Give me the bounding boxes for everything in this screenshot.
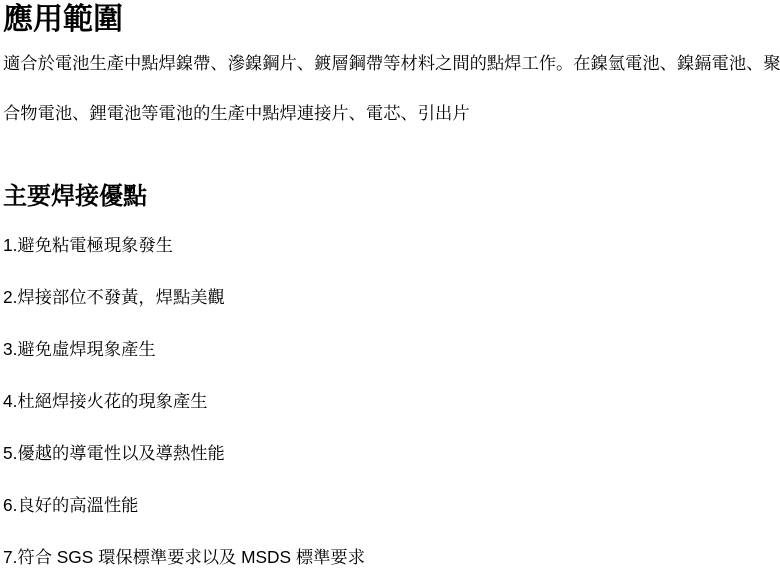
advantage-item-2: 2.焊接部位不發黃，焊點美觀 <box>3 271 780 323</box>
paragraph-line-2: 合物電池、鋰電池等電池的生產中點焊連接片、電芯、引出片 <box>3 88 780 138</box>
advantage-item-6: 6.良好的高溫性能 <box>3 479 780 531</box>
section-heading-welding-advantages: 主要焊接優點 <box>3 182 780 212</box>
advantage-item-1: 1.避免粘電極現象發生 <box>3 219 780 271</box>
document-body: 應用範圍 適合於電池生產中點焊鎳帶、滲鎳鋼片、鍍層鋼帶等材料之間的點焊工作。在鎳… <box>0 0 780 578</box>
advantage-item-5: 5.優越的導電性以及導熱性能 <box>3 427 780 479</box>
paragraph-line-1: 適合於電池生產中點焊鎳帶、滲鎳鋼片、鍍層鋼帶等材料之間的點焊工作。在鎳氫電池、鎳… <box>3 38 780 88</box>
advantage-item-7: 7.符合 SGS 環保標準要求以及 MSDS 標準要求 <box>3 531 780 578</box>
advantage-item-3: 3.避免虛焊現象產生 <box>3 323 780 375</box>
advantage-item-4: 4.杜絕焊接火花的現象產生 <box>3 375 780 427</box>
section-heading-application-scope: 應用範圍 <box>3 2 780 38</box>
advantages-list: 1.避免粘電極現象發生 2.焊接部位不發黃，焊點美觀 3.避免虛焊現象產生 4.… <box>3 219 780 578</box>
application-scope-paragraph: 適合於電池生產中點焊鎳帶、滲鎳鋼片、鍍層鋼帶等材料之間的點焊工作。在鎳氫電池、鎳… <box>3 38 780 138</box>
